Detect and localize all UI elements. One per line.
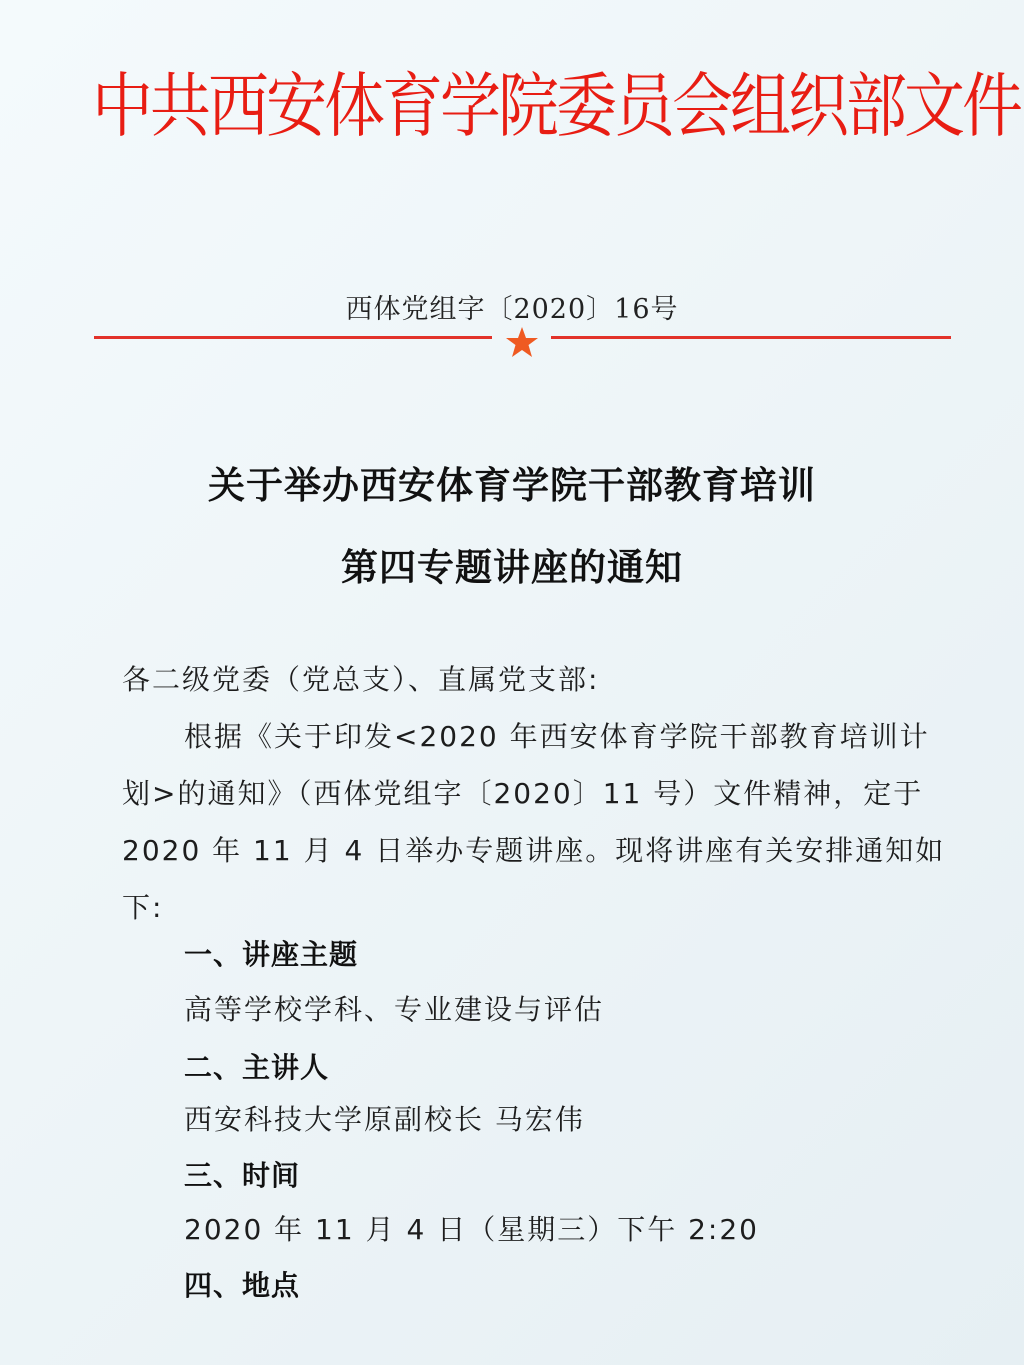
notice-title-line-1: 关于举办西安体育学院干部教育培训 <box>0 455 1024 509</box>
section-heading-topic: 一、讲座主题 <box>184 935 358 975</box>
section-content-time: 2020 年 11 月 4 日（星期三）下午 2:20 <box>184 1210 759 1250</box>
section-heading-location: 四、地点 <box>184 1266 300 1306</box>
red-divider-left <box>94 336 492 339</box>
document-number: 西体党组字〔2020〕16号 <box>0 290 1024 330</box>
paragraph-line-2: 划>的通知》（西体党组字〔2020〕11 号）文件精神，定于 <box>122 774 923 814</box>
salutation: 各二级党委（党总支）、直属党支部: <box>122 660 599 700</box>
section-heading-speaker: 二、主讲人 <box>184 1048 329 1088</box>
paragraph-line-1: 根据《关于印发<2020 年西安体育学院干部教育培训计 <box>184 717 930 757</box>
red-star-icon <box>505 326 539 358</box>
section-heading-time: 三、时间 <box>184 1156 300 1196</box>
notice-title-line-2: 第四专题讲座的通知 <box>0 537 1024 591</box>
section-content-topic: 高等学校学科、专业建设与评估 <box>184 990 604 1030</box>
issuing-organization-title: 中共西安体育学院委员会组织部文件 <box>92 55 952 159</box>
section-content-speaker: 西安科技大学原副校长 马宏伟 <box>184 1100 585 1140</box>
red-divider-right <box>551 336 951 339</box>
paragraph-line-4: 下: <box>122 888 163 928</box>
paragraph-line-3: 2020 年 11 月 4 日举办专题讲座。现将讲座有关安排通知如 <box>122 831 945 871</box>
